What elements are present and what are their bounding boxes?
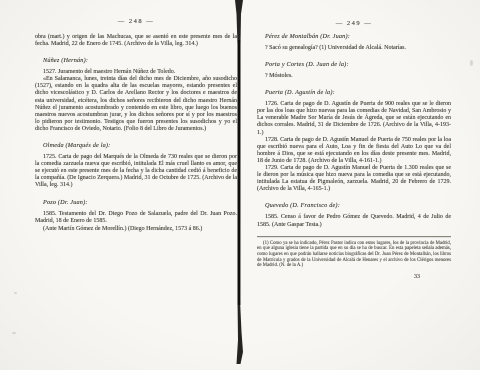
entry-1728: 1728. Carta de pago de D. Agustín Manuel… [257, 137, 451, 165]
entry-perez-montalban: ? Sacó su genealogía? (1) Universidad de… [257, 45, 451, 52]
section-heading-perez-montalban: Pérez de Montalbán (Dr. Juan): [265, 33, 451, 40]
entry-1585-pozo-note: (Ante Martín Gómez de Morellín.) (Diego … [35, 226, 237, 233]
scan-speck [470, 60, 473, 66]
section-heading-nunez: Núñez (Hernán): [43, 57, 237, 64]
section-heading-porta-cortes: Porta y Cortes (D. Juan de la): [265, 61, 451, 68]
entry-1726: 1726. Carta de pago de D. Agustín de Pue… [257, 101, 451, 136]
signature-number: 33 [257, 274, 451, 280]
continuation-paragraph: obra (mart.) y origen de las Machucas, q… [35, 34, 237, 48]
right-page: — 249 — Pérez de Montalbán (Dr. Juan): ?… [257, 20, 451, 286]
left-page: — 248 — obra (mart.) y origen de las Mac… [35, 18, 237, 233]
entry-1585-quevedo: 1585. Censo á favor de Pedro Gómez de Qu… [257, 214, 451, 228]
section-heading-pozo: Pozo (Dr. Juan): [43, 199, 237, 206]
scan-speck [12, 332, 16, 334]
section-heading-olmeda: Olmeda (Marqués de la): [43, 142, 237, 149]
right-page-number: — 249 — [257, 20, 451, 27]
book-gutter-shadow [232, 0, 246, 366]
section-heading-puerta: Puerta (D. Agustín de la): [265, 89, 451, 96]
entry-1729: 1729. Carta de pago de D. Agustín Manuel… [257, 165, 451, 193]
section-heading-quevedo: Quevedo (D. Francisco de): [265, 202, 451, 209]
scan-speck [14, 292, 17, 294]
quote-paragraph-salamanca: «En Salamanca, lunes, treinta días del d… [35, 76, 237, 133]
entry-1585-pozo: 1585. Testamento del Dr. Diego Pozo de S… [35, 211, 237, 225]
entry-porta-cortes: ? Móstoles. [257, 73, 451, 80]
entry-1725: 1725. Carta de pago del Marqués de la Ol… [35, 154, 237, 189]
scanned-book-spread: — 248 — obra (mart.) y origen de las Mac… [0, 0, 480, 370]
footnote-text: (1) Como ya se ha indicado, Pérez Pastor… [257, 241, 451, 270]
footnote-rule [257, 236, 451, 237]
left-page-number: — 248 — [35, 18, 237, 25]
